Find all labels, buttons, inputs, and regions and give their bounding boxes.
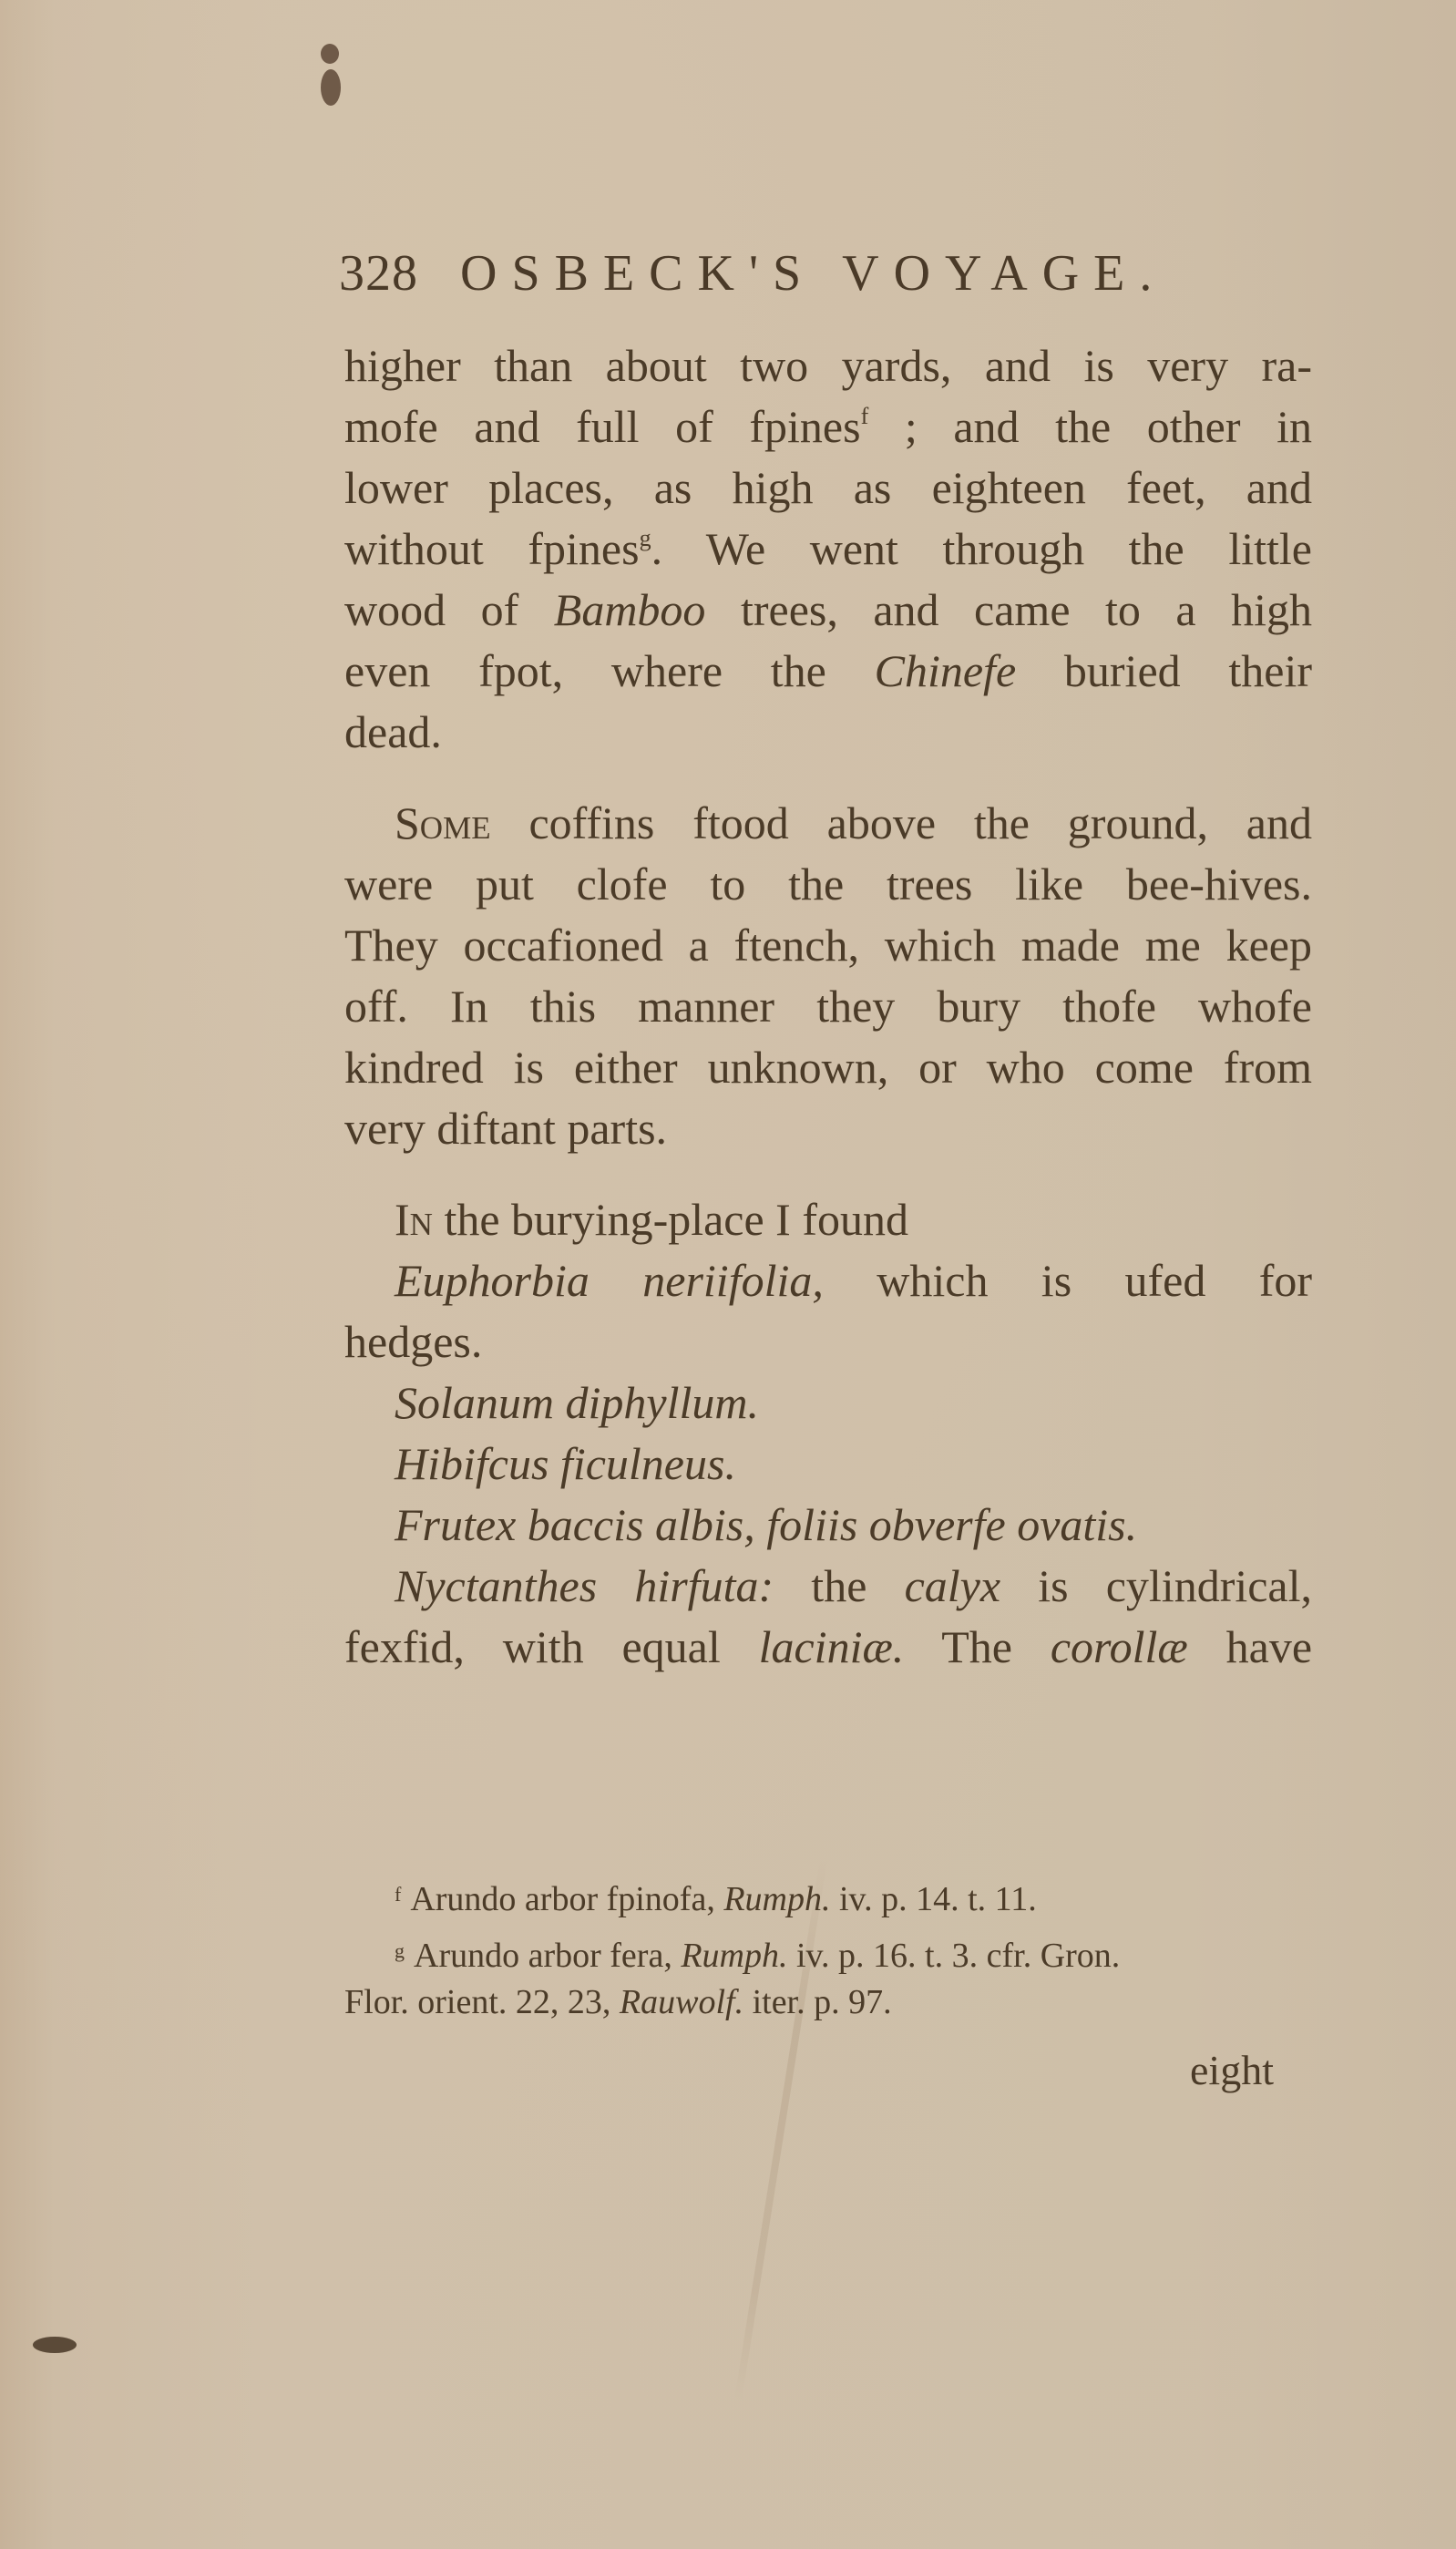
text-span: have — [1226, 1621, 1312, 1672]
text-span: Arundo arbor fera, — [414, 1937, 672, 1975]
text-span: very diftant parts. — [344, 1103, 667, 1154]
text-line: In the burying-place I found — [344, 1189, 1312, 1250]
text-span: coffins ftood above the ground, and — [528, 797, 1312, 848]
italic-term: Bamboo — [554, 584, 706, 635]
text-line: without fpinesg. We went through the lit… — [344, 519, 1312, 580]
text-line: even fpot, where the Chinefe buried thei… — [344, 641, 1312, 702]
small-caps-word: In — [395, 1194, 433, 1245]
book-page: 328OSBECK'S VOYAGE. higher than about tw… — [0, 0, 1456, 2549]
ink-blot — [33, 2337, 77, 2353]
plant-entry: Euphorbia neriifolia, which is ufed for — [344, 1250, 1312, 1311]
text-span: the — [811, 1560, 866, 1611]
footnote-mark: f — [395, 1883, 401, 1906]
citation-author: Rauwolf. — [620, 1983, 743, 2021]
text-span: which is ufed for — [877, 1255, 1312, 1306]
text-span: the burying-place I found — [444, 1194, 908, 1245]
ink-blot — [321, 69, 341, 106]
text-line: very diftant parts. — [344, 1098, 1312, 1159]
footnote-f: fArundo arbor fpinofa, Rumph. iv. p. 14.… — [344, 1870, 1362, 1924]
text-span: fexfid, with equal — [344, 1621, 721, 1672]
text-line: dead. — [344, 702, 1312, 763]
text-span: even fpot, where the — [344, 645, 826, 696]
text-line: They occafioned a ftench, which made me … — [344, 915, 1312, 976]
italic-term: laciniæ. — [759, 1621, 905, 1672]
text-span: buried their — [1064, 645, 1312, 696]
text-span: off. In this manner they bury thofe whof… — [344, 981, 1312, 1032]
text-line: were put clofe to the trees like bee-hiv… — [344, 854, 1312, 915]
text-span: lower places, as high as eighteen feet, … — [344, 462, 1312, 513]
plant-entry: Frutex baccis albis, foliis obverfe ovat… — [344, 1495, 1312, 1556]
text-span: Flor. orient. 22, 23, — [344, 1983, 610, 2021]
footnote-g-continued: Flor. orient. 22, 23, Rauwolf. iter. p. … — [344, 1978, 1312, 2027]
text-line: lower places, as high as eighteen feet, … — [344, 457, 1312, 519]
text-line: mofe and full of fpinesf ; and the other… — [344, 396, 1312, 457]
catchword: eight — [1190, 2046, 1274, 2094]
text-span: mofe and full of fpines — [344, 401, 861, 452]
page-number: 328 — [339, 245, 418, 302]
text-span: . We went through the little — [651, 523, 1312, 574]
text-span: They occafioned a ftench, which made me … — [344, 920, 1312, 971]
text-span: hedges. — [344, 1316, 482, 1367]
text-span: wood of — [344, 584, 518, 635]
text-span: The — [941, 1621, 1012, 1672]
citation-author: Rumph. — [681, 1937, 787, 1975]
plant-entry: Solanum diphyllum. — [344, 1372, 1312, 1434]
text-line: wood of Bamboo trees, and came to a high — [344, 580, 1312, 641]
text-line: higher than about two yards, and is very… — [344, 335, 1312, 396]
text-span: trees, and came to a high — [741, 584, 1312, 635]
species-name: Euphorbia neriifolia, — [395, 1255, 824, 1306]
italic-term: calyx — [905, 1560, 1000, 1611]
text-span: iv. p. 16. t. 3. cfr. Gron. — [796, 1937, 1120, 1975]
plant-entry: Hibifcus ficulneus. — [344, 1434, 1312, 1495]
footnote-ref-f[interactable]: f — [861, 403, 869, 429]
footnote-ref-g[interactable]: g — [640, 525, 651, 551]
text-line: hedges. — [344, 1311, 1312, 1372]
text-line: kindred is either unknown, or who come f… — [344, 1037, 1312, 1098]
species-name: Frutex baccis albis, foliis obverfe ovat… — [395, 1499, 1137, 1550]
ink-blot — [321, 44, 339, 64]
text-line: off. In this manner they bury thofe whof… — [344, 976, 1312, 1037]
footnote-g: gArundo arbor fera, Rumph. iv. p. 16. t.… — [344, 1927, 1362, 1980]
plant-entry: Nyctanthes hirfuta: the calyx is cylindr… — [344, 1556, 1312, 1617]
text-span: were put clofe to the trees like bee-hiv… — [344, 858, 1312, 910]
text-span: kindred is either unknown, or who come f… — [344, 1042, 1312, 1093]
small-caps-word: Some — [395, 797, 491, 848]
species-name: Nyctanthes hirfuta: — [395, 1560, 774, 1611]
text-line: Some coffins ftood above the ground, and — [344, 793, 1312, 854]
footnote-mark: g — [395, 1939, 405, 1962]
citation-author: Rumph. — [723, 1880, 830, 1918]
species-name: Solanum diphyllum. — [395, 1377, 759, 1428]
text-span: iter. p. 97. — [753, 1983, 892, 2021]
running-title: OSBECK'S VOYAGE. — [460, 245, 1166, 302]
species-name: Hibifcus ficulneus. — [395, 1438, 736, 1489]
italic-term: Chinefe — [875, 645, 1017, 696]
text-span: is cylindrical, — [1038, 1560, 1312, 1611]
text-span: without fpines — [344, 523, 640, 574]
text-span: higher than about two yards, and is very… — [344, 340, 1312, 391]
italic-term: corollæ — [1051, 1621, 1188, 1672]
running-head: 328OSBECK'S VOYAGE. — [339, 244, 1332, 303]
text-span: iv. p. 14. t. 11. — [839, 1880, 1037, 1918]
text-span: dead. — [344, 706, 442, 757]
text-span: Arundo arbor fpinofa, — [410, 1880, 715, 1918]
text-span: ; and the other in — [905, 401, 1312, 452]
text-line: fexfid, with equal laciniæ. The corollæ … — [344, 1617, 1312, 1678]
